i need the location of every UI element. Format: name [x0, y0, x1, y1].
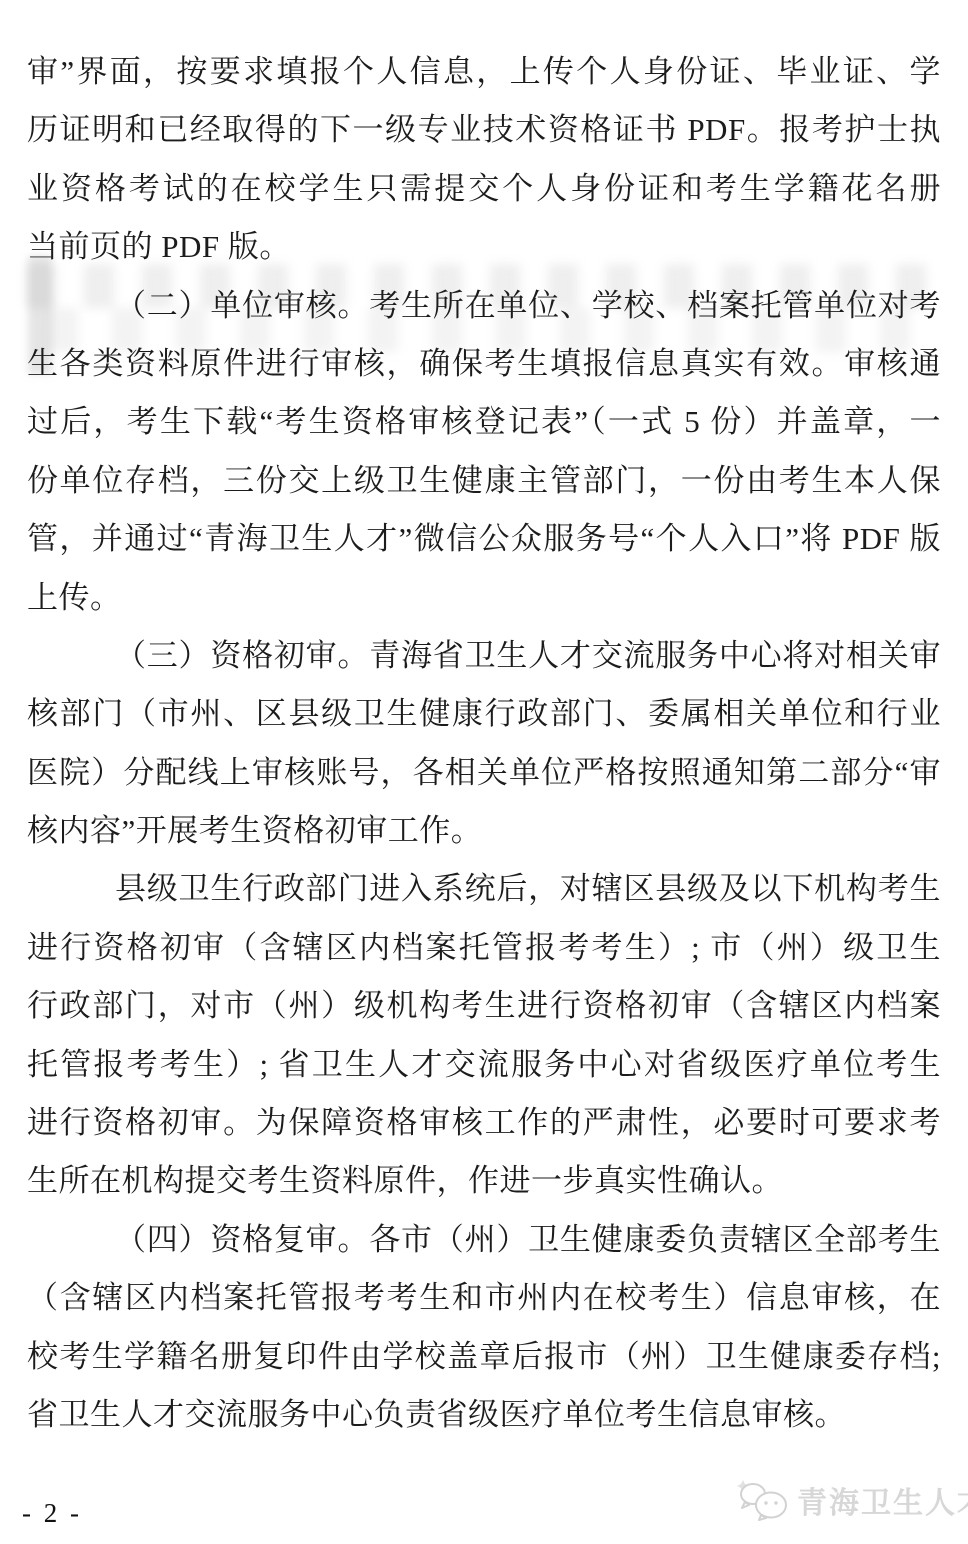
- text-line: 当前页的 PDF 版。: [27, 218, 941, 276]
- text-line: 进行资格初审（含辖区内档案托管报考考生）; 市（州）级卫生: [27, 919, 941, 977]
- text-line: （四）资格复审。各市（州）卫生健康委负责辖区全部考生: [27, 1211, 941, 1269]
- text-line: 核部门（市州、区县级卫生健康行政部门、委属相关单位和行业: [27, 685, 941, 743]
- text-line: （二）单位审核。考生所在单位、学校、档案托管单位对考: [27, 277, 941, 335]
- text-line: 托管报考考生）; 省卫生人才交流服务中心对省级医疗单位考生: [27, 1036, 941, 1094]
- text-line: （含辖区内档案托管报考考生和市州内在校考生）信息审核，在: [27, 1269, 941, 1327]
- text-line: 审”界面，按要求填报个人信息，上传个人身份证、毕业证、学: [27, 43, 941, 101]
- text-line: 历证明和已经取得的下一级专业技术资格证书 PDF。报考护士执: [27, 101, 941, 159]
- text-line: 生所在机构提交考生资料原件，作进一步真实性确认。: [27, 1152, 941, 1210]
- text-line: （三）资格初审。青海省卫生人才交流服务中心将对相关审: [27, 627, 941, 685]
- text-line: 医院）分配线上审核账号，各相关单位严格按照通知第二部分“审: [27, 744, 941, 802]
- document-text-body: 审”界面，按要求填报个人信息，上传个人身份证、毕业证、学 历证明和已经取得的下一…: [27, 43, 941, 1444]
- text-line: 过后，考生下载“考生资格审核登记表”（一式 5 份）并盖章，一: [27, 393, 941, 451]
- text-line: 行政部门，对市（州）级机构考生进行资格初审（含辖区内档案: [27, 977, 941, 1035]
- text-line: 进行资格初审。为保障资格审核工作的严肃性，必要时可要求考: [27, 1094, 941, 1152]
- text-line: 校考生学籍名册复印件由学校盖章后报市（州）卫生健康委存档;: [27, 1328, 941, 1386]
- footer-brand-label: 青海卫生人才: [797, 1478, 968, 1522]
- text-line: 省卫生人才交流服务中心负责省级医疗单位考生信息审核。: [27, 1386, 941, 1444]
- text-line: 业资格考试的在校学生只需提交个人身份证和考生学籍花名册: [27, 160, 941, 218]
- text-line: 上传。: [27, 569, 941, 627]
- text-line: 生各类资料原件进行审核，确保考生填报信息真实有效。审核通: [27, 335, 941, 393]
- wechat-bubbles-icon: [736, 1478, 790, 1522]
- text-line: 份单位存档，三份交上级卫生健康主管部门，一份由考生本人保: [27, 452, 941, 510]
- text-line: 县级卫生行政部门进入系统后，对辖区县级及以下机构考生: [27, 860, 941, 918]
- text-line: 管，并通过“青海卫生人才”微信公众服务号“个人入口”将 PDF 版: [27, 510, 941, 568]
- text-line: 核内容”开展考生资格初审工作。: [27, 802, 941, 860]
- page-number: - 2 -: [22, 1498, 82, 1529]
- footer-brand-watermark: 青海卫生人才: [736, 1478, 968, 1522]
